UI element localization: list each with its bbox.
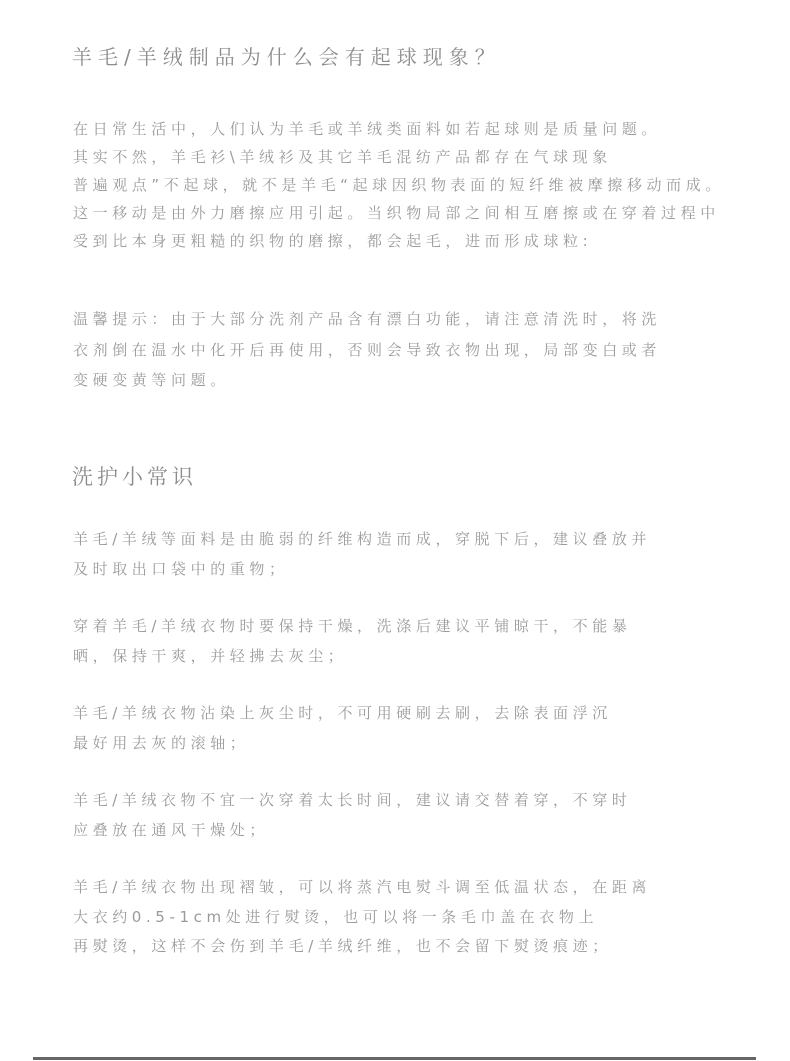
care-tip-line: 最好用去灰的滚轴；: [73, 729, 651, 759]
care-tip-line: 羊毛/羊绒衣物出现褶皱，可以将蒸汽电熨斗调至低温状态，在距离: [73, 873, 651, 903]
care-tip-line: 再熨烫，这样不会伤到羊毛/羊绒纤维，也不会留下熨烫痕迹；: [73, 932, 651, 962]
care-tip-line: 大衣约0.5-1cm处进行熨烫，也可以将一条毛巾盖在衣物上: [73, 903, 651, 933]
care-tip-item: 羊毛/羊绒等面料是由脆弱的纤维构造而成，穿脱下后，建议叠放并 及时取出口袋中的重…: [73, 525, 651, 584]
care-section-heading: 洗护小常识: [72, 462, 197, 492]
page-title: 羊毛/羊绒制品为什么会有起球现象？: [72, 42, 501, 72]
care-tip-item: 穿着羊毛/羊绒衣物时要保持干燥，洗涤后建议平铺晾干，不能暴 晒，保持干爽，并轻拂…: [73, 612, 651, 671]
intro-line: 普遍观点”不起球，就不是羊毛“起球因织物表面的短纤维被摩擦移动而成。: [73, 171, 725, 199]
tip-line: 变硬变黄等问题。: [73, 365, 661, 396]
warm-tip-paragraph: 温馨提示：由于大部分洗剂产品含有漂白功能，请注意清洗时，将洗 衣剂倒在温水中化开…: [73, 304, 661, 396]
care-tip-line: 晒，保持干爽，并轻拂去灰尘；: [73, 642, 651, 672]
care-tip-line: 及时取出口袋中的重物；: [73, 555, 651, 585]
tip-line: 衣剂倒在温水中化开后再使用，否则会导致衣物出现，局部变白或者: [73, 335, 661, 366]
care-tip-item: 羊毛/羊绒衣物不宜一次穿着太长时间，建议请交替着穿，不穿时 应叠放在通风干燥处；: [73, 786, 651, 845]
care-tip-line: 穿着羊毛/羊绒衣物时要保持干燥，洗涤后建议平铺晾干，不能暴: [73, 612, 651, 642]
care-tips-list: 羊毛/羊绒等面料是由脆弱的纤维构造而成，穿脱下后，建议叠放并 及时取出口袋中的重…: [73, 525, 651, 990]
care-tip-line: 应叠放在通风干燥处；: [73, 816, 651, 846]
intro-line: 其实不然，羊毛衫\羊绒衫及其它羊毛混纺产品都存在气球现象: [73, 143, 725, 171]
care-tip-line: 羊毛/羊绒等面料是由脆弱的纤维构造而成，穿脱下后，建议叠放并: [73, 525, 651, 555]
bottom-divider: [33, 1057, 756, 1060]
tip-line: 温馨提示：由于大部分洗剂产品含有漂白功能，请注意清洗时，将洗: [73, 304, 661, 335]
care-tip-item: 羊毛/羊绒衣物出现褶皱，可以将蒸汽电熨斗调至低温状态，在距离 大衣约0.5-1c…: [73, 873, 651, 962]
intro-line: 这一移动是由外力磨擦应用引起。当织物局部之间相互磨擦或在穿着过程中: [73, 199, 725, 227]
care-tip-item: 羊毛/羊绒衣物沾染上灰尘时，不可用硬刷去刷，去除表面浮沉 最好用去灰的滚轴；: [73, 699, 651, 758]
care-tip-line: 羊毛/羊绒衣物沾染上灰尘时，不可用硬刷去刷，去除表面浮沉: [73, 699, 651, 729]
intro-line: 受到比本身更粗糙的织物的磨擦，都会起毛，进而形成球粒:: [73, 227, 725, 255]
intro-line: 在日常生活中，人们认为羊毛或羊绒类面料如若起球则是质量问题。: [73, 115, 725, 143]
intro-paragraph: 在日常生活中，人们认为羊毛或羊绒类面料如若起球则是质量问题。 其实不然，羊毛衫\…: [73, 115, 725, 255]
care-tip-line: 羊毛/羊绒衣物不宜一次穿着太长时间，建议请交替着穿，不穿时: [73, 786, 651, 816]
